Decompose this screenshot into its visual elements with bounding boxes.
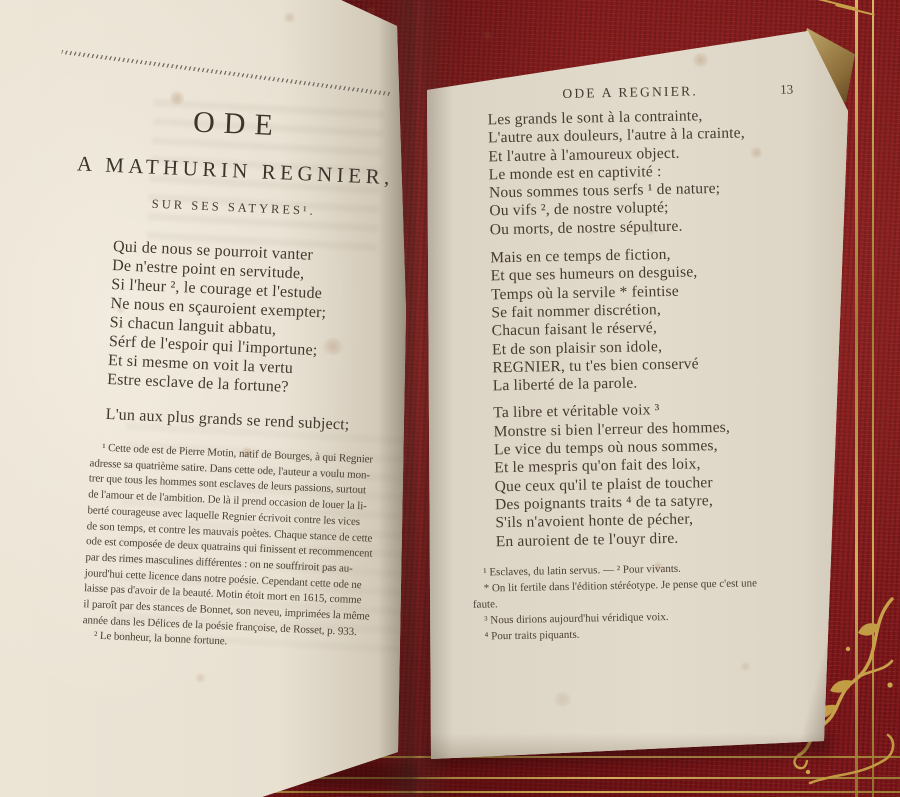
stanza-3: Ta libre et véritable voix ³ Monstre si … [461, 399, 814, 552]
dedication-title: A MATHURIN REGNIER, [64, 151, 407, 191]
running-header: ODE A REGNIER. [455, 81, 805, 104]
stanza-2: Mais en ce temps de fiction, Et que ses … [458, 243, 811, 396]
stanza-1: Les grands le sont à la contrainte, L'au… [455, 105, 807, 240]
left-page-text: ODE A MATHURIN REGNIER, SUR SES SATYRES¹… [44, 40, 412, 657]
page-number: 13 [780, 82, 793, 98]
ode-title: ODE [66, 100, 409, 149]
subtitle: SUR SES SATYRES¹. [63, 193, 405, 223]
right-footnotes: ¹ Esclaves, du latin servus. — ² Pour vi… [464, 558, 815, 645]
open-book-photo: ODE A MATHURIN REGNIER, SUR SES SATYRES¹… [0, 0, 900, 797]
left-footnotes: ¹ Cette ode est de Pierre Motin, natif d… [82, 440, 407, 658]
left-stanza: Qui de nous se pourroit vanter De n'estr… [55, 235, 403, 402]
right-page-text: ODE A REGNIER. 13 Les grands le sont à l… [455, 79, 816, 644]
running-header-row: ODE A REGNIER. 13 [455, 81, 805, 105]
poem-line: L'un aux plus grands se rend subject; [53, 404, 395, 437]
